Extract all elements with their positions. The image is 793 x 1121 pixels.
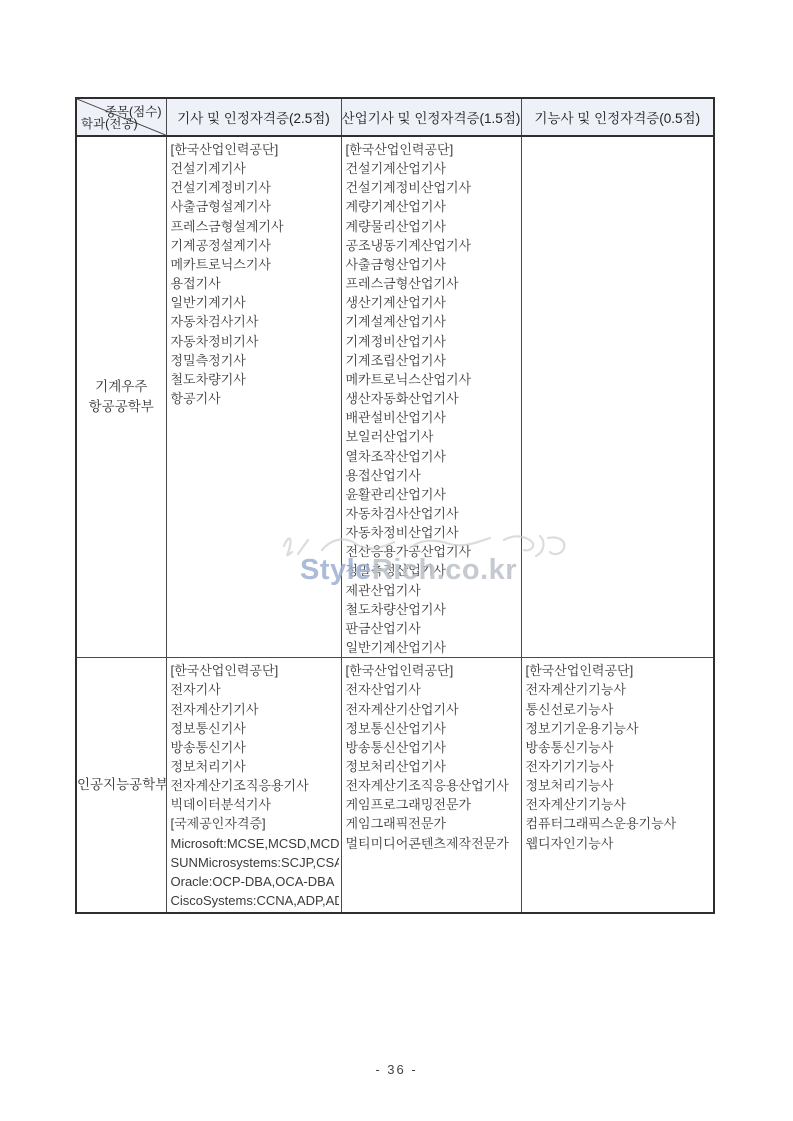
list-item: 게임그래픽전문가 — [346, 814, 519, 833]
list-item: Oracle:OCP-DBA,OCA-DBA — [171, 872, 339, 891]
list-item: 전자기사 — [171, 680, 339, 699]
column-header-gineungsa: 기능사 및 인정자격증(0.5점) — [521, 98, 714, 136]
list-item: 정밀측정산업기사 — [346, 561, 519, 580]
list-item: 프레스금형산업기사 — [346, 274, 519, 293]
list-item: 일반기계산업기사 — [346, 638, 519, 657]
list-item: 건설기계산업기사 — [346, 159, 519, 178]
saneopgisa-list-cell: [한국산업인력공단]전자산업기사전자계산기산업기사정보통신산업기사방송통신산업기… — [341, 658, 521, 913]
list-item: [한국산업인력공단] — [171, 661, 339, 680]
page-number: - 36 - — [0, 1062, 793, 1077]
list-item: 전자기기기능사 — [526, 757, 712, 776]
list-item: 메카트로닉스기사 — [171, 255, 339, 274]
list-item: 방송통신기사 — [171, 738, 339, 757]
list-item: 컴퓨터그래픽스운용기능사 — [526, 814, 712, 833]
list-item: [한국산업인력공단] — [346, 661, 519, 680]
list-item: 제관산업기사 — [346, 581, 519, 600]
list-item: 항공기사 — [171, 389, 339, 408]
list-item: 기계설계산업기사 — [346, 312, 519, 331]
list-item: CiscoSystems:CCNA,ADP,ADsP — [171, 891, 339, 910]
list-item: 정보통신기사 — [171, 719, 339, 738]
list-item: 계량기계산업기사 — [346, 197, 519, 216]
list-item: 빅데이터분석기사 — [171, 795, 339, 814]
list-item: 용접기사 — [171, 274, 339, 293]
list-item: 방송통신산업기사 — [346, 738, 519, 757]
table-row: 기계우주항공공학부 [한국산업인력공단]건설기계기사건설기계정비기사사출금형설계… — [76, 136, 714, 658]
list-item: 건설기계정비산업기사 — [346, 178, 519, 197]
list-item: 기계정비산업기사 — [346, 332, 519, 351]
list-item: 사출금형산업기사 — [346, 255, 519, 274]
list-item: 보일러산업기사 — [346, 427, 519, 446]
list-item: 자동차검사기사 — [171, 312, 339, 331]
gineungsa-list-cell — [521, 136, 714, 658]
list-item: 일반기계기사 — [171, 293, 339, 312]
list-item: 철도차량기사 — [171, 370, 339, 389]
list-item: 철도차량산업기사 — [346, 600, 519, 619]
list-item: [한국산업인력공단] — [171, 140, 339, 159]
saneopgisa-list-cell: [한국산업인력공단]건설기계산업기사건설기계정비산업기사계량기계산업기사계량물리… — [341, 136, 521, 658]
table-header-row: 종목(점수) 학과(전공) 기사 및 인정자격증(2.5점) 산업기사 및 인정… — [76, 98, 714, 136]
column-header-gisa: 기사 및 인정자격증(2.5점) — [166, 98, 341, 136]
list-item: 멀티미디어콘텐츠제작전문가 — [346, 834, 519, 853]
list-item: 전자계산기기능사 — [526, 795, 712, 814]
list-item: 자동차정비산업기사 — [346, 523, 519, 542]
table-row: 인공지능공학부 [한국산업인력공단]전자기사전자계산기기사정보통신기사방송통신기… — [76, 658, 714, 913]
list-item: [한국산업인력공단] — [346, 140, 519, 159]
list-item: 항공공학부 — [77, 397, 166, 417]
list-item: 게임프로그래밍전문가 — [346, 795, 519, 814]
list-item: 배관설비산업기사 — [346, 408, 519, 427]
list-item: 자동차정비기사 — [171, 332, 339, 351]
list-item: 프레스금형설계기사 — [171, 217, 339, 236]
list-item: 윤활관리산업기사 — [346, 485, 519, 504]
list-item: 방송통신기능사 — [526, 738, 712, 757]
corner-bottom-label: 학과(전공) — [81, 114, 138, 132]
list-item: 자동차검사산업기사 — [346, 504, 519, 523]
list-item: 공조냉동기계산업기사 — [346, 236, 519, 255]
list-item: SUNMicrosystems:SCJP,CSA — [171, 853, 339, 872]
list-item: 정보통신산업기사 — [346, 719, 519, 738]
list-item: 사출금형설계기사 — [171, 197, 339, 216]
list-item: 판금산업기사 — [346, 619, 519, 638]
list-item: 기계공정설계기사 — [171, 236, 339, 255]
list-item: 전자산업기사 — [346, 680, 519, 699]
list-item: 생산기계산업기사 — [346, 293, 519, 312]
list-item: 건설기계정비기사 — [171, 178, 339, 197]
list-item: 전자계산기산업기사 — [346, 700, 519, 719]
list-item: Microsoft:MCSE,MCSD,MCDBA — [171, 834, 339, 853]
gineungsa-list-cell: [한국산업인력공단]전자계산기기능사통신선로기능사정보기기운용기능사방송통신기능… — [521, 658, 714, 913]
department-cell: 기계우주항공공학부 — [76, 136, 166, 658]
corner-header-cell: 종목(점수) 학과(전공) — [76, 98, 166, 136]
list-item: 전자계산기기사 — [171, 700, 339, 719]
list-item: 정밀측정기사 — [171, 351, 339, 370]
document-page: 종목(점수) 학과(전공) 기사 및 인정자격증(2.5점) 산업기사 및 인정… — [0, 0, 793, 1121]
list-item: 인공지능공학부 — [77, 775, 166, 795]
list-item: 정보처리산업기사 — [346, 757, 519, 776]
gisa-list-cell: [한국산업인력공단]건설기계기사건설기계정비기사사출금형설계기사프레스금형설계기… — [166, 136, 341, 658]
list-item: 정보기기운용기능사 — [526, 719, 712, 738]
list-item: 생산자동화산업기사 — [346, 389, 519, 408]
list-item: 건설기계기사 — [171, 159, 339, 178]
certifications-table: 종목(점수) 학과(전공) 기사 및 인정자격증(2.5점) 산업기사 및 인정… — [75, 97, 715, 914]
list-item: 전자계산기조직응용산업기사 — [346, 776, 519, 795]
column-header-saneopgisa: 산업기사 및 인정자격증(1.5점) — [341, 98, 521, 136]
list-item: 웹디자인기능사 — [526, 834, 712, 853]
list-item: 기계조립산업기사 — [346, 351, 519, 370]
list-item: 통신선로기능사 — [526, 700, 712, 719]
list-item: [국제공인자격증] — [171, 814, 339, 833]
list-item: 계량물리산업기사 — [346, 217, 519, 236]
list-item: 전산응용가공산업기사 — [346, 542, 519, 561]
gisa-list-cell: [한국산업인력공단]전자기사전자계산기기사정보통신기사방송통신기사정보처리기사전… — [166, 658, 341, 913]
list-item: 용접산업기사 — [346, 466, 519, 485]
list-item: 정보처리기사 — [171, 757, 339, 776]
list-item: 기계우주 — [77, 377, 166, 397]
list-item: 전자계산기조직응용기사 — [171, 776, 339, 795]
list-item: 전자계산기기능사 — [526, 680, 712, 699]
list-item: 정보처리기능사 — [526, 776, 712, 795]
list-item: 메카트로닉스산업기사 — [346, 370, 519, 389]
department-cell: 인공지능공학부 — [76, 658, 166, 913]
list-item: 열차조작산업기사 — [346, 447, 519, 466]
list-item: [한국산업인력공단] — [526, 661, 712, 680]
